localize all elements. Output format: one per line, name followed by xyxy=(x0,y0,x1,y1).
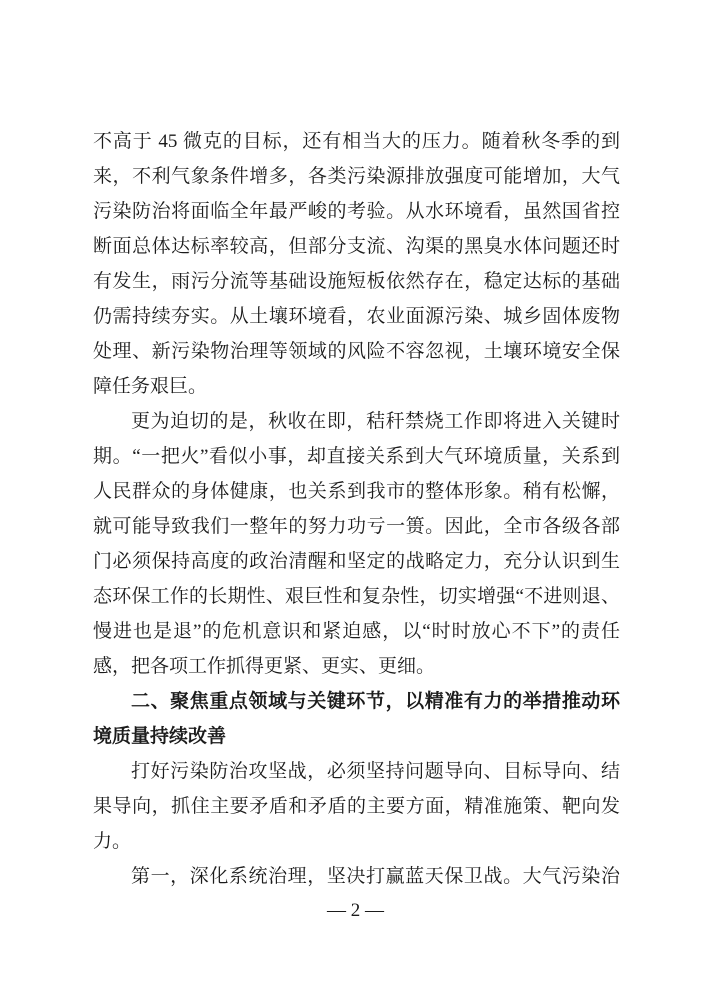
text-line: 感，把各项工作抓得更紧、更实、更细。 xyxy=(93,649,620,684)
text-line: 来，不利气象条件增多，各类污染源排放强度可能增加，大气 xyxy=(93,159,620,194)
text-line: 第一，深化系统治理，坚决打赢蓝天保卫战。大气污染治 xyxy=(93,859,620,894)
text-line: 更为迫切的是，秋收在即，秸秆禁烧工作即将进入关键时 xyxy=(93,404,620,439)
paragraph: 第一，深化系统治理，坚决打赢蓝天保卫战。大气污染治 xyxy=(93,859,620,894)
section-heading: 二、聚焦重点领域与关键环节，以精准有力的举措推动环 境质量持续改善 xyxy=(93,684,620,754)
text-line: 态环保工作的长期性、艰巨性和复杂性，切实增强“不进则退、 xyxy=(93,579,620,614)
text-line: 不高于 45 微克的目标，还有相当大的压力。随着秋冬季的到 xyxy=(93,124,620,159)
paragraph: 不高于 45 微克的目标，还有相当大的压力。随着秋冬季的到 来，不利气象条件增多… xyxy=(93,124,620,404)
paragraph: 打好污染防治攻坚战，必须坚持问题导向、目标导向、结 果导向，抓住主要矛盾和矛盾的… xyxy=(93,754,620,859)
text-line: 有发生，雨污分流等基础设施短板依然存在，稳定达标的基础 xyxy=(93,264,620,299)
text-line: 处理、新污染物治理等领域的风险不容忽视，土壤环境安全保 xyxy=(93,334,620,369)
document-page: 不高于 45 微克的目标，还有相当大的压力。随着秋冬季的到 来，不利气象条件增多… xyxy=(0,0,711,1006)
text-line: 期。“一把火”看似小事，却直接关系到大气环境质量，关系到 xyxy=(93,439,620,474)
text-line: 就可能导致我们一整年的努力功亏一篑。因此，全市各级各部 xyxy=(93,509,620,544)
text-line: 仍需持续夯实。从土壤环境看，农业面源污染、城乡固体废物 xyxy=(93,299,620,334)
text-line: 力。 xyxy=(93,824,620,859)
text-line: 门必须保持高度的政治清醒和坚定的战略定力，充分认识到生 xyxy=(93,544,620,579)
text-line: 人民群众的身体健康，也关系到我市的整体形象。稍有松懈， xyxy=(93,474,620,509)
text-line: 打好污染防治攻坚战，必须坚持问题导向、目标导向、结 xyxy=(93,754,620,789)
text-line: 慢进也是退”的危机意识和紧迫感，以“时时放心不下”的责任 xyxy=(93,614,620,649)
text-line: 果导向，抓住主要矛盾和矛盾的主要方面，精准施策、靶向发 xyxy=(93,789,620,824)
text-line: 障任务艰巨。 xyxy=(93,369,620,404)
text-line: 污染防治将面临全年最严峻的考验。从水环境看，虽然国省控 xyxy=(93,194,620,229)
heading-line: 二、聚焦重点领域与关键环节，以精准有力的举措推动环 xyxy=(93,684,620,719)
heading-line: 境质量持续改善 xyxy=(93,719,620,754)
paragraph: 更为迫切的是，秋收在即，秸秆禁烧工作即将进入关键时 期。“一把火”看似小事，却直… xyxy=(93,404,620,684)
text-line: 断面总体达标率较高，但部分支流、沟渠的黑臭水体问题还时 xyxy=(93,229,620,264)
page-number: — 2 — xyxy=(0,896,711,926)
